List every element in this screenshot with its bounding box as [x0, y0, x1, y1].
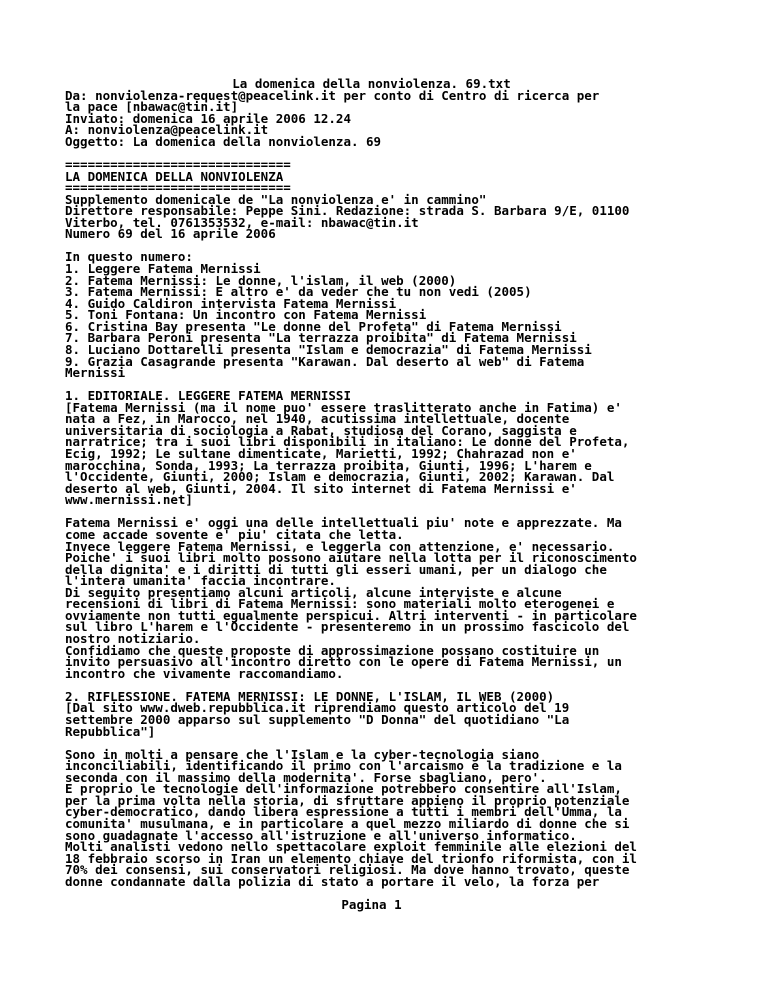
text-line: Mernissi	[65, 367, 678, 379]
text-line: incontro che vivamente raccomandiamo.	[65, 668, 678, 680]
text-line: donne condannate dalla polizia di stato …	[65, 876, 678, 888]
text-line: Oggetto: La domenica della nonviolenza. …	[65, 136, 678, 148]
text-line: 9. Grazia Casagrande presenta "Karawan. …	[65, 356, 678, 368]
print-footer-page-number: Pagina 1	[65, 899, 678, 911]
document-page: La domenica della nonviolenza. 69.txt Da…	[0, 0, 768, 994]
printed-text-block: La domenica della nonviolenza. 69.txt Da…	[65, 78, 678, 911]
text-line: settembre 2000 apparso sul supplemento "…	[65, 714, 678, 726]
document-body: Da: nonviolenza-request@peacelink.it per…	[65, 90, 678, 899]
text-line: Numero 69 del 16 aprile 2006	[65, 228, 678, 240]
text-line: Repubblica"]	[65, 726, 678, 738]
text-line: www.mernissi.net]	[65, 494, 678, 506]
screenshot-root: { "page": { "background_color": "#ffffff…	[0, 0, 768, 994]
